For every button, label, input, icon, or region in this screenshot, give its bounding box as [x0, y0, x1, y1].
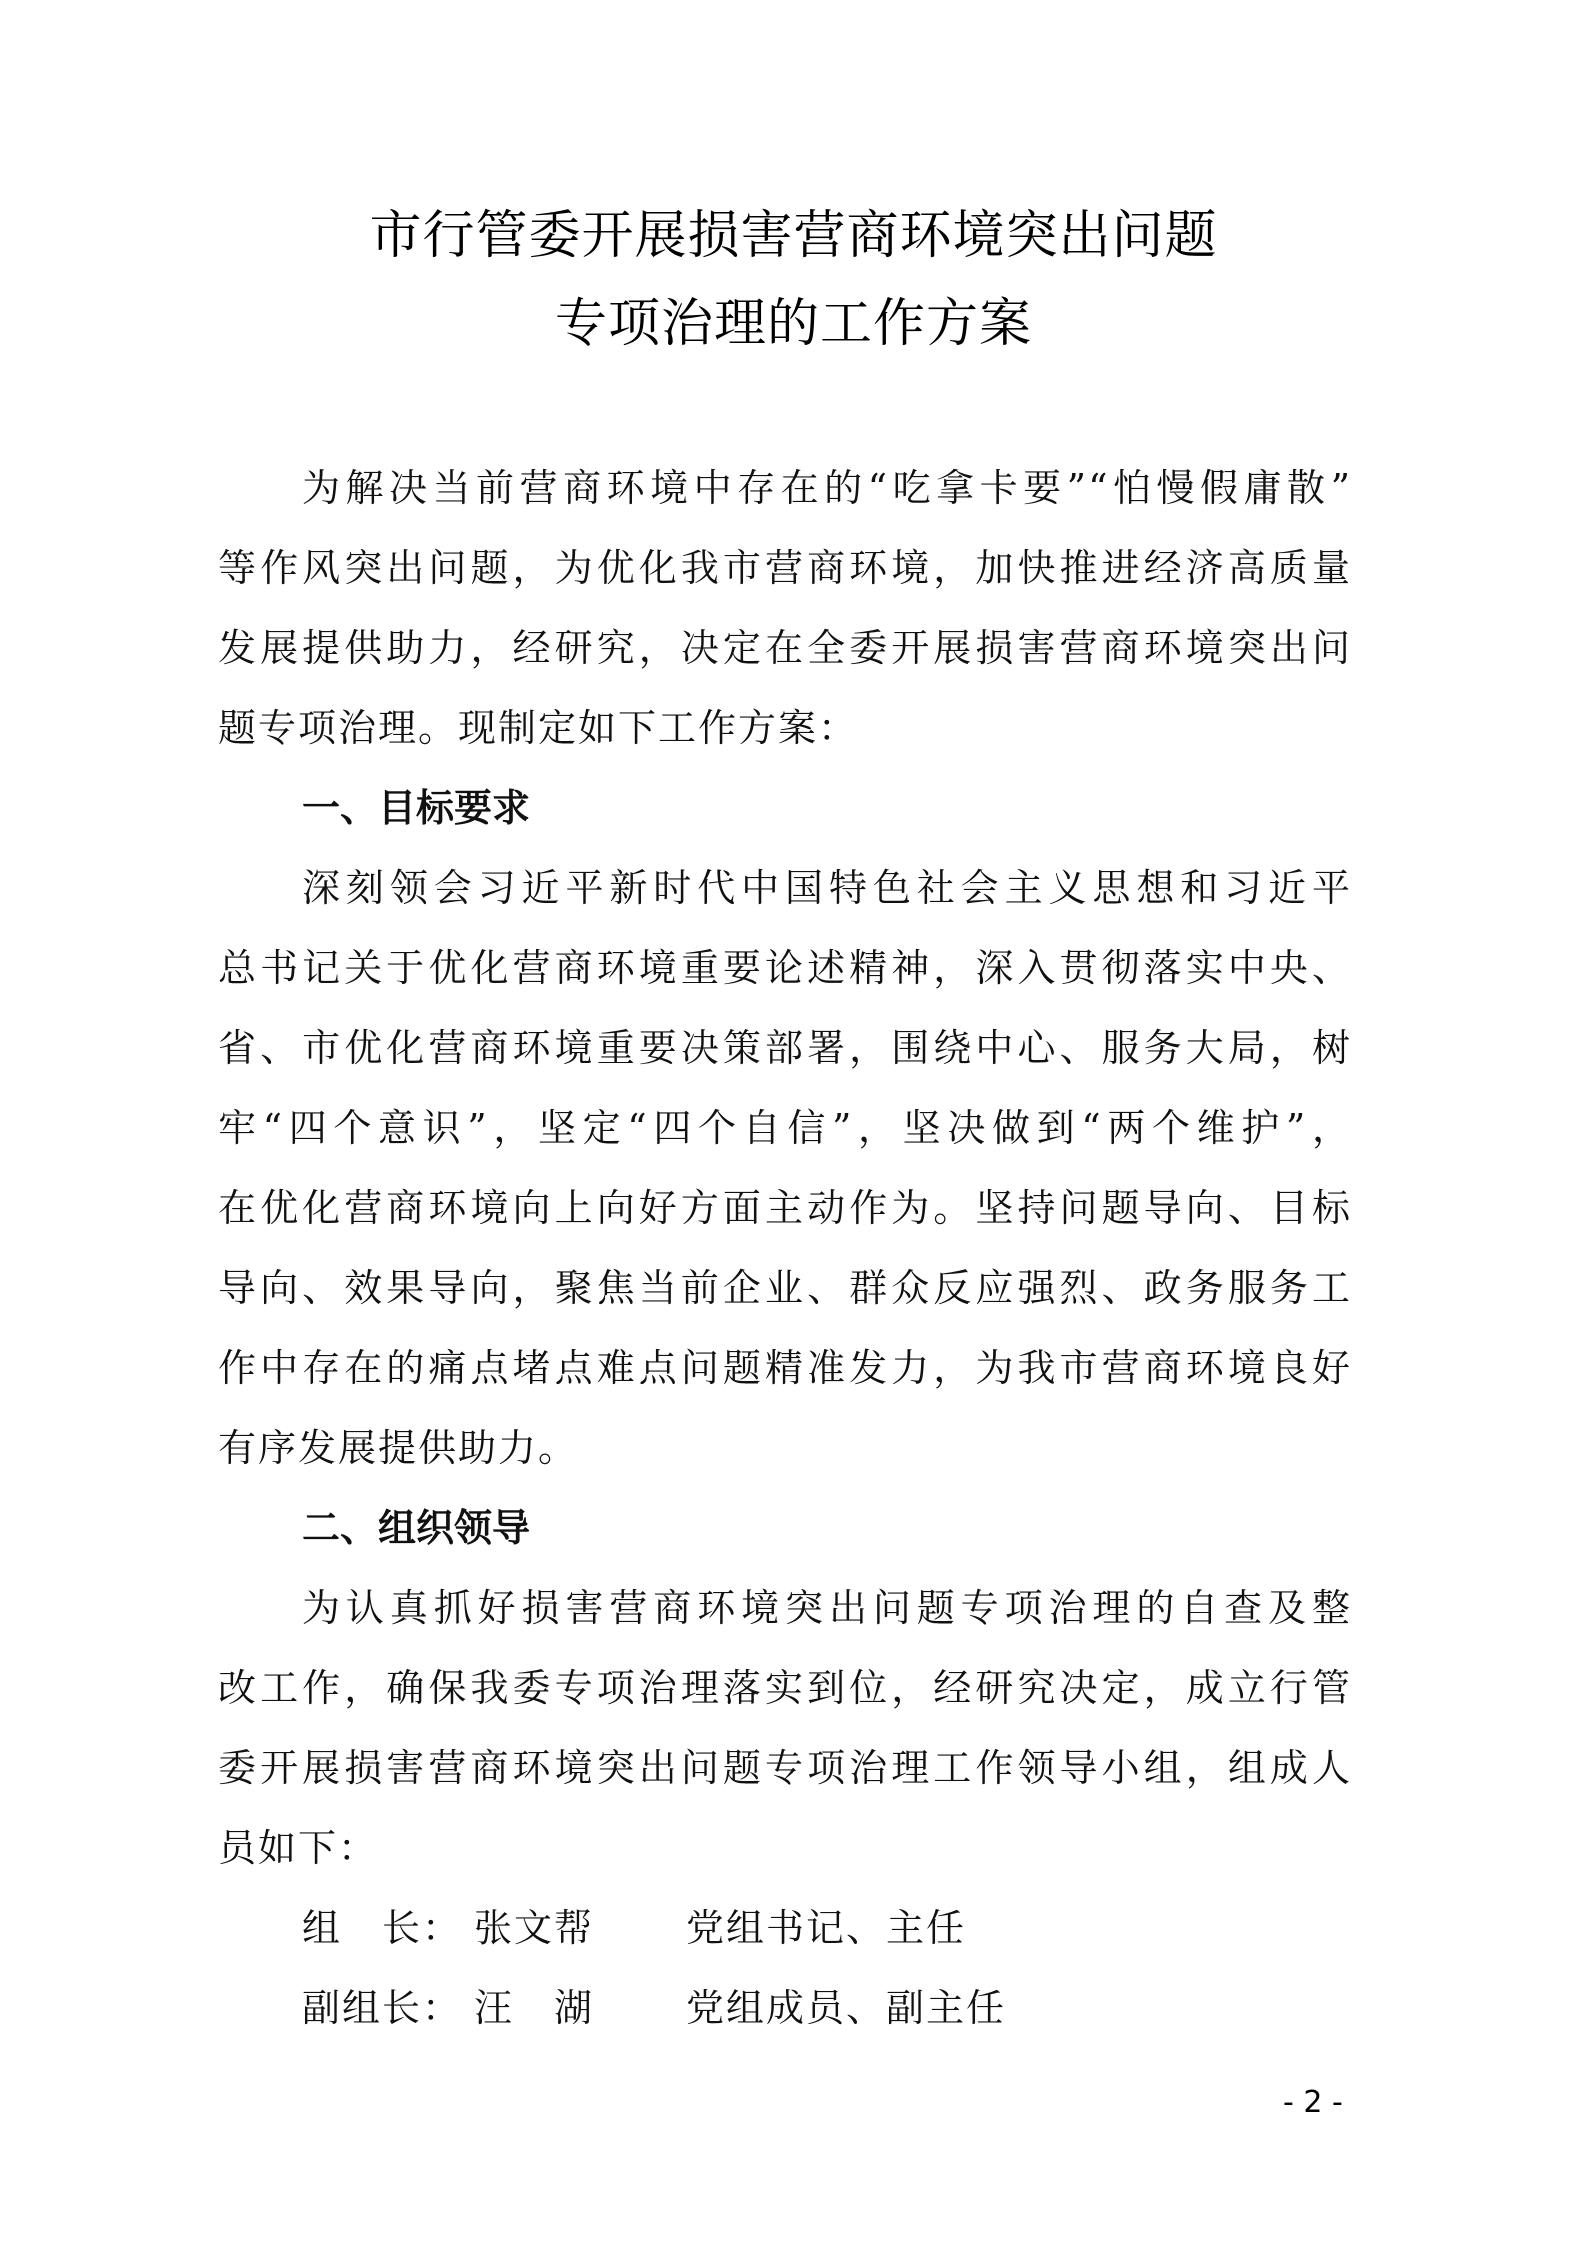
- intro-line: 题专项治理。现制定如下工作方案：: [218, 688, 1352, 768]
- paragraph-line: 员如下：: [218, 1808, 1352, 1888]
- paragraph-line: 在优化营商环境向上向好方面主动作为。坚持问题导向、目标: [218, 1168, 1352, 1248]
- goals-paragraph: 深刻领会习近平新时代中国特色社会主义思想和习近平 总书记关于优化营商环境重要论述…: [218, 848, 1352, 1488]
- member-row-deputy: 副组长： 汪 湖 党组成员、副主任: [218, 1968, 1352, 2048]
- paragraph-line: 深刻领会习近平新时代中国特色社会主义思想和习近平: [218, 848, 1352, 928]
- page-number: - 2 -: [1283, 2085, 1343, 2120]
- intro-paragraph: 为解决当前营商环境中存在的“吃拿卡要”“怕慢假庸散” 等作风突出问题，为优化我市…: [218, 448, 1352, 768]
- document-body: 为解决当前营商环境中存在的“吃拿卡要”“怕慢假庸散” 等作风突出问题，为优化我市…: [218, 448, 1352, 2048]
- member-name: 汪 湖: [474, 1968, 686, 2048]
- intro-line: 发展提供助力，经研究，决定在全委开展损害营商环境突出问: [218, 608, 1352, 688]
- paragraph-line: 委开展损害营商环境突出问题专项治理工作领导小组，组成人: [218, 1728, 1352, 1808]
- member-row-leader: 组 长： 张文帮 党组书记、主任: [218, 1888, 1352, 1968]
- paragraph-line: 牢“四个意识”，坚定“四个自信”，坚决做到“两个维护”，: [218, 1088, 1352, 1168]
- title-line-1: 市行管委开展损害营商环境突出问题: [0, 192, 1587, 280]
- member-name: 张文帮: [474, 1888, 686, 1968]
- paragraph-line: 改工作，确保我委专项治理落实到位，经研究决定，成立行管: [218, 1648, 1352, 1728]
- member-role: 副组长：: [302, 1968, 474, 2048]
- title-line-2: 专项治理的工作方案: [0, 280, 1587, 368]
- paragraph-line: 有序发展提供助力。: [218, 1408, 1352, 1488]
- document-title: 市行管委开展损害营商环境突出问题 专项治理的工作方案: [0, 192, 1587, 368]
- member-position: 党组书记、主任: [686, 1888, 966, 1968]
- section-heading-goals: 一、目标要求: [218, 768, 1352, 848]
- member-position: 党组成员、副主任: [686, 1968, 1006, 2048]
- paragraph-line: 作中存在的痛点堵点难点问题精准发力，为我市营商环境良好: [218, 1328, 1352, 1408]
- paragraph-line: 总书记关于优化营商环境重要论述精神，深入贯彻落实中央、: [218, 928, 1352, 1008]
- section-heading-organization: 二、组织领导: [218, 1488, 1352, 1568]
- intro-line: 为解决当前营商环境中存在的“吃拿卡要”“怕慢假庸散”: [218, 448, 1352, 528]
- paragraph-line: 为认真抓好损害营商环境突出问题专项治理的自查及整: [218, 1568, 1352, 1648]
- paragraph-line: 省、市优化营商环境重要决策部署，围绕中心、服务大局，树: [218, 1008, 1352, 1088]
- intro-line: 等作风突出问题，为优化我市营商环境，加快推进经济高质量: [218, 528, 1352, 608]
- member-role: 组 长：: [302, 1888, 474, 1968]
- organization-paragraph: 为认真抓好损害营商环境突出问题专项治理的自查及整 改工作，确保我委专项治理落实到…: [218, 1568, 1352, 1888]
- paragraph-line: 导向、效果导向，聚焦当前企业、群众反应强烈、政务服务工: [218, 1248, 1352, 1328]
